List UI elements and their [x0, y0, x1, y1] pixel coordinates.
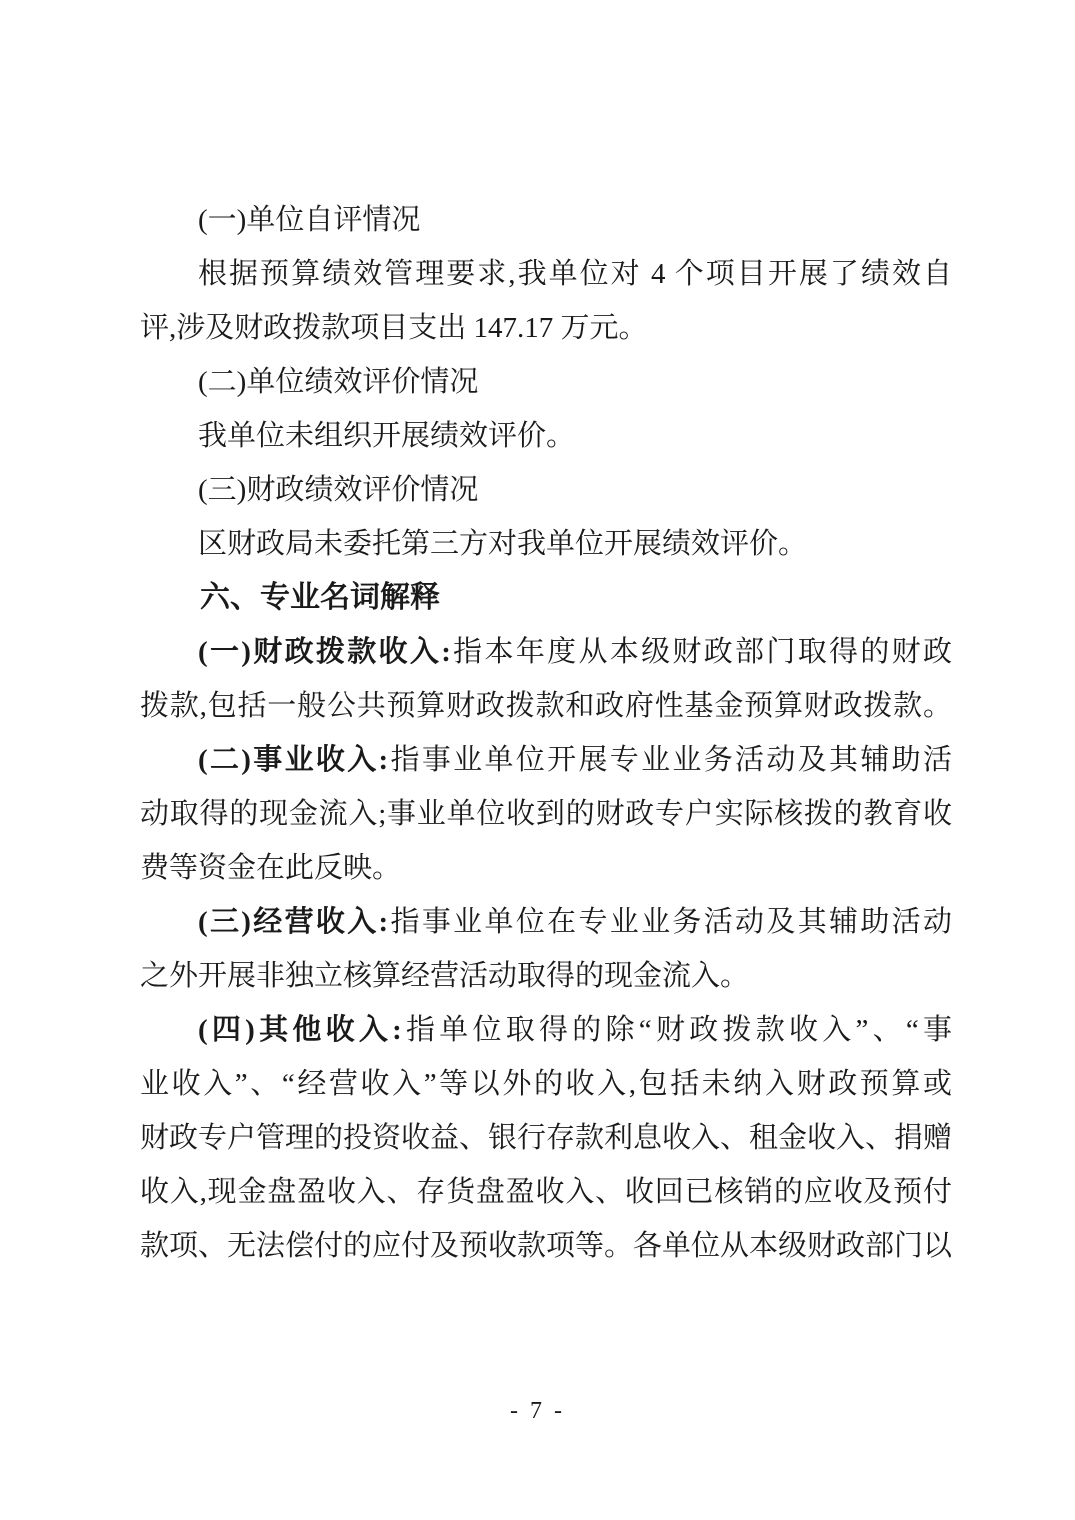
text-segment: 收入,现金盘盈收入、存货盘盈收入、收回已核销的应收及预付: [140, 1176, 952, 1208]
block-chapter: 六、专业名词解释: [140, 571, 952, 625]
text-segment: 款项、无法偿付的应付及预收款项等。各单位从本级财政部门以: [140, 1230, 952, 1262]
block-body: (二)事业收入:指事业单位开展专业业务活动及其辅助活动取得的现金流入;事业单位收…: [140, 733, 952, 895]
document-page: (一)单位自评情况根据预算绩效管理要求,我单位对 4 个项目开展了绩效自评,涉及…: [0, 0, 1075, 1520]
text-segment: 根据预算绩效管理要求,我单位对 4 个项目开展了绩效自: [198, 258, 952, 290]
text-segment: 评,涉及财政拨款项目支出 147.17 万元。: [140, 312, 648, 344]
text-line: 我单位未组织开展绩效评价。: [140, 409, 952, 463]
text-segment: 指事业单位在专业业务活动及其辅助活动: [388, 906, 952, 938]
text-segment: (二)单位绩效评价情况: [198, 366, 478, 398]
term-label: (二)事业收入:: [198, 744, 388, 776]
text-line: 收入,现金盘盈收入、存货盘盈收入、收回已核销的应收及预付: [140, 1165, 952, 1219]
block-body: 根据预算绩效管理要求,我单位对 4 个项目开展了绩效自评,涉及财政拨款项目支出 …: [140, 247, 952, 355]
text-line: 六、专业名词解释: [140, 571, 952, 625]
text-line: 拨款,包括一般公共预算财政拨款和政府性基金预算财政拨款。: [140, 679, 952, 733]
text-line: (四)其他收入:指单位取得的除“财政拨款收入”、“事: [140, 1003, 952, 1057]
text-line: (二)事业收入:指事业单位开展专业业务活动及其辅助活: [140, 733, 952, 787]
term-label: 六、专业名词解释: [200, 581, 440, 614]
text-line: 业收入”、“经营收入”等以外的收入,包括未纳入财政预算或: [140, 1057, 952, 1111]
text-segment: 指本年度从本级财政部门取得的财政: [451, 636, 952, 668]
text-segment: 动取得的现金流入;事业单位收到的财政专户实际核拨的教育收: [140, 798, 952, 830]
text-line: (三)财政绩效评价情况: [140, 463, 952, 517]
text-segment: 我单位未组织开展绩效评价。: [198, 420, 575, 452]
term-label: (四)其他收入:: [198, 1014, 402, 1046]
block-body: (一)财政拨款收入:指本年度从本级财政部门取得的财政拨款,包括一般公共预算财政拨…: [140, 625, 952, 733]
text-line: (三)经营收入:指事业单位在专业业务活动及其辅助活动: [140, 895, 952, 949]
text-segment: 业收入”、“经营收入”等以外的收入,包括未纳入财政预算或: [140, 1068, 952, 1100]
block-subheading: (二)单位绩效评价情况: [140, 355, 952, 409]
text-line: 财政专户管理的投资收益、银行存款利息收入、租金收入、捐赠: [140, 1111, 952, 1165]
text-line: 动取得的现金流入;事业单位收到的财政专户实际核拨的教育收: [140, 787, 952, 841]
text-line: (一)单位自评情况: [140, 193, 952, 247]
page-footer: - 7 -: [0, 1396, 1075, 1426]
text-line: 根据预算绩效管理要求,我单位对 4 个项目开展了绩效自: [140, 247, 952, 301]
block-body: 我单位未组织开展绩效评价。: [140, 409, 952, 463]
text-segment: 拨款,包括一般公共预算财政拨款和政府性基金预算财政拨款。: [140, 690, 952, 722]
block-body: (四)其他收入:指单位取得的除“财政拨款收入”、“事业收入”、“经营收入”等以外…: [140, 1003, 952, 1273]
text-segment: 区财政局未委托第三方对我单位开展绩效评价。: [198, 528, 807, 560]
text-segment: 指事业单位开展专业业务活动及其辅助活: [388, 744, 952, 776]
text-segment: 费等资金在此反映。: [140, 852, 401, 884]
text-line: 费等资金在此反映。: [140, 841, 952, 895]
text-line: (一)财政拨款收入:指本年度从本级财政部门取得的财政: [140, 625, 952, 679]
block-body: 区财政局未委托第三方对我单位开展绩效评价。: [140, 517, 952, 571]
text-segment: (一)单位自评情况: [198, 204, 420, 236]
block-body: (三)经营收入:指事业单位在专业业务活动及其辅助活动之外开展非独立核算经营活动取…: [140, 895, 952, 1003]
text-segment: 指单位取得的除“财政拨款收入”、“事: [402, 1014, 952, 1046]
document-body: (一)单位自评情况根据预算绩效管理要求,我单位对 4 个项目开展了绩效自评,涉及…: [140, 193, 952, 1273]
text-line: 之外开展非独立核算经营活动取得的现金流入。: [140, 949, 952, 1003]
text-line: 区财政局未委托第三方对我单位开展绩效评价。: [140, 517, 952, 571]
block-subheading: (三)财政绩效评价情况: [140, 463, 952, 517]
term-label: (三)经营收入:: [198, 906, 388, 938]
term-label: (一)财政拨款收入:: [198, 636, 451, 668]
text-line: 款项、无法偿付的应付及预收款项等。各单位从本级财政部门以: [140, 1219, 952, 1273]
text-line: (二)单位绩效评价情况: [140, 355, 952, 409]
text-segment: (三)财政绩效评价情况: [198, 474, 478, 506]
page-number: - 7 -: [510, 1398, 565, 1424]
block-subheading: (一)单位自评情况: [140, 193, 952, 247]
text-segment: 之外开展非独立核算经营活动取得的现金流入。: [140, 960, 749, 992]
text-line: 评,涉及财政拨款项目支出 147.17 万元。: [140, 301, 952, 355]
text-segment: 财政专户管理的投资收益、银行存款利息收入、租金收入、捐赠: [140, 1122, 952, 1154]
